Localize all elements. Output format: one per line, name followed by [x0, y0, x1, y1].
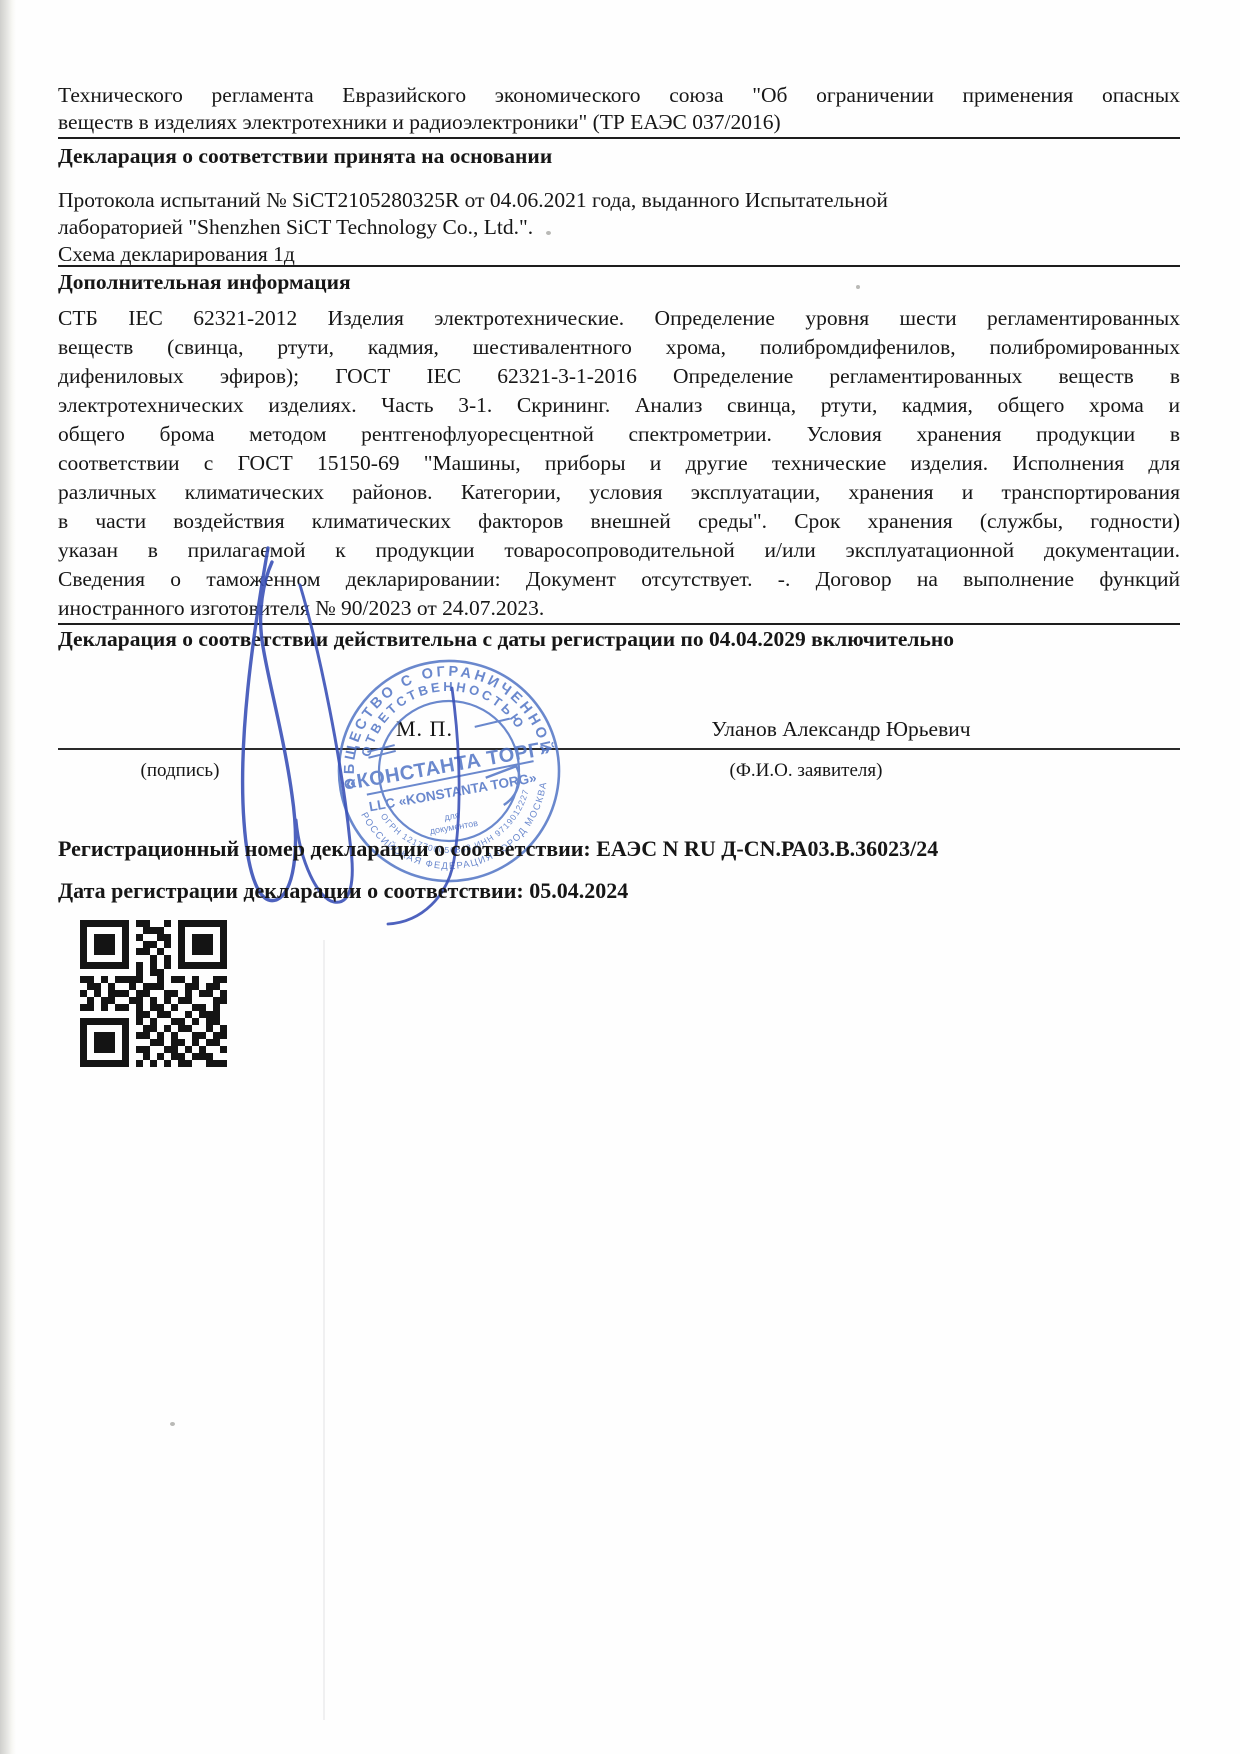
paragraph-line: соответствии с ГОСТ 15150-69 "Машины, пр…: [58, 449, 1180, 478]
basis-protocol-line2: лабораторией "Shenzhen SiCT Technology C…: [58, 214, 1180, 241]
regulation-text-line2: веществ в изделиях электротехники и ради…: [58, 109, 1180, 136]
paragraph-line: различных климатических районов. Категор…: [58, 478, 1180, 507]
scan-speck: [856, 285, 860, 289]
registration-number-line: Регистрационный номер декларации о соотв…: [58, 836, 938, 862]
applicant-name: Уланов Александр Юрьевич: [546, 716, 1136, 743]
paragraph-line: веществ (свинца, ртути, кадмия, шестивал…: [58, 333, 1180, 362]
section-divider-2: [58, 265, 1180, 267]
declaration-scheme-line: Схема декларирования 1д: [58, 241, 1180, 268]
section-divider-1: [58, 137, 1180, 139]
additional-info-heading: Дополнительная информация: [58, 269, 1180, 296]
scan-speck: [170, 1422, 175, 1426]
scanned-declaration-document: Технического регламента Евразийского эко…: [0, 0, 1240, 1754]
paragraph-line: СТБ IEC 62321-2012 Изделия электротехнич…: [58, 304, 1180, 333]
scan-speck: [546, 231, 551, 235]
paragraph-line: электротехнических изделиях. Часть 3-1. …: [58, 391, 1180, 420]
basis-heading: Декларация о соответствии принята на осн…: [58, 143, 1180, 170]
scan-streak-artifact: [323, 940, 325, 1720]
applicant-caption: (Ф.И.О. заявителя): [546, 757, 1066, 784]
signature-ink: [200, 520, 520, 940]
qr-code: [80, 920, 227, 1067]
paragraph-line: общего брома методом рентгенофлуоресцент…: [58, 420, 1180, 449]
basis-protocol-line1: Протокола испытаний № SiCT2105280325R от…: [58, 187, 1180, 214]
registration-date-line: Дата регистрации декларации о соответств…: [58, 878, 628, 904]
regulation-text-line1: Технического регламента Евразийского эко…: [58, 82, 1180, 109]
scan-edge-artifact: [0, 0, 16, 1754]
paragraph-line: дифениловых эфиров); ГОСТ IEC 62321-3-1-…: [58, 362, 1180, 391]
